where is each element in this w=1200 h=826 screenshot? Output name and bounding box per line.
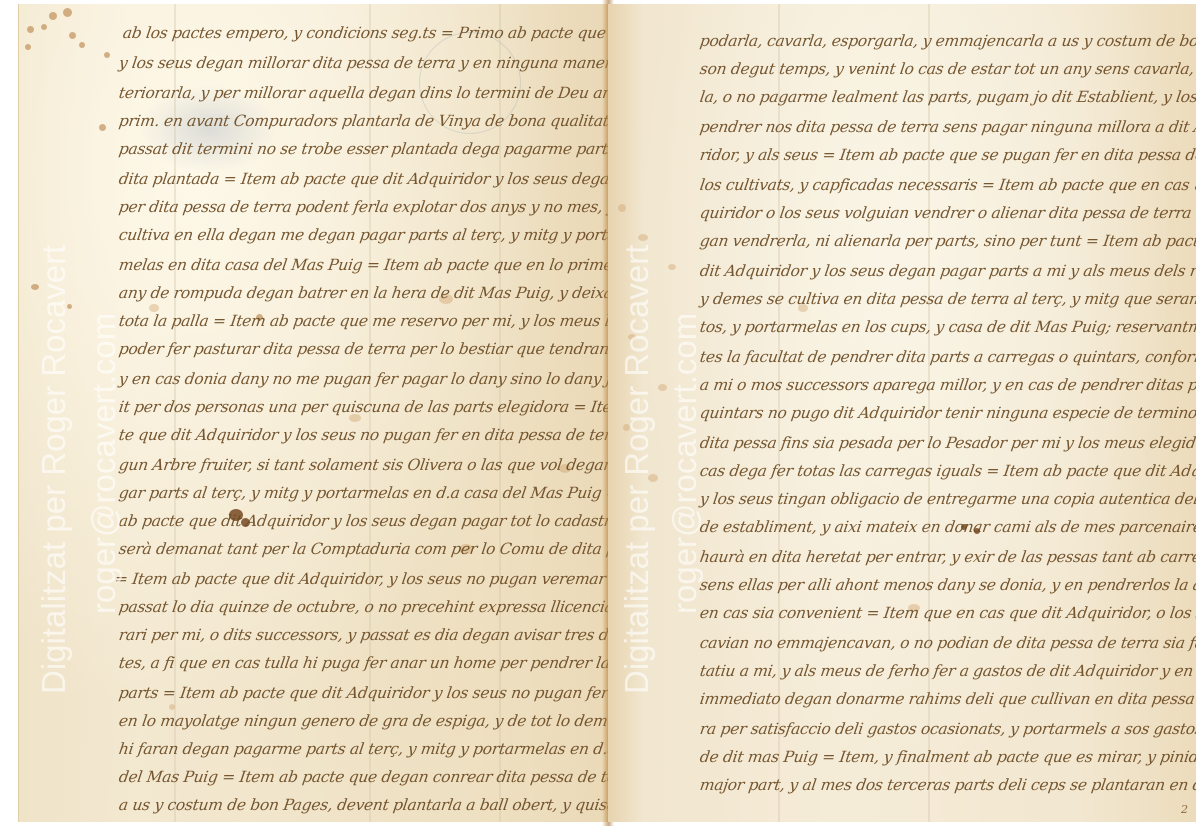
manuscript-line: dit Adquiridor y los seus degan pagar pa… bbox=[699, 262, 1196, 280]
manuscript-line: prim. en avant Compuradors plantarla de … bbox=[118, 112, 609, 130]
manuscript-line: hi faran degan pagarme parts al terç, y … bbox=[118, 740, 609, 758]
manuscript-line: pendrer nos dita pessa de terra sens pag… bbox=[699, 118, 1196, 136]
manuscript-line: gan vendrerla, ni alienarla per parts, s… bbox=[699, 232, 1196, 250]
manuscript-line: en cas sia convenient = Item que en cas … bbox=[699, 604, 1196, 622]
manuscript-line: y demes se cultiva en dita pessa de terr… bbox=[699, 290, 1196, 308]
manuscript-line: a mi o mos successors aparega millor, y … bbox=[699, 376, 1196, 394]
manuscript-line: ridor, y als seus = Item ab pacte que se… bbox=[699, 146, 1196, 164]
manuscript-line: los cultivats, y capficadas necessaris =… bbox=[699, 176, 1196, 194]
manuscript-line: dita plantada = Item ab pacte que dit Ad… bbox=[118, 170, 609, 188]
manuscript-line: tatiu a mi, y als meus de ferho fer a ga… bbox=[699, 662, 1196, 680]
manuscript-line: passat lo dia quinze de octubre, o no pr… bbox=[118, 598, 609, 616]
manuscript-line: del Mas Puig = Item ab pacte que degan c… bbox=[118, 768, 609, 786]
manuscript-line: per dita pessa de terra podent ferla exp… bbox=[118, 198, 609, 216]
manuscript-line: immediato degan donarme rahims deli que … bbox=[699, 690, 1196, 708]
manuscript-line: y los seus degan millorar dita pessa de … bbox=[118, 54, 609, 72]
manuscript-line: melas en dita casa del Mas Puig = Item a… bbox=[118, 256, 609, 274]
manuscript-line: gun Arbre fruiter, si tant solament sis … bbox=[118, 456, 609, 474]
manuscript-line: serà demanat tant per la Comptaduria com… bbox=[118, 540, 609, 558]
manuscript-line: ab los pactes empero, y condicions seg.t… bbox=[122, 24, 609, 42]
manuscript-line: = Item ab pacte que dit Adquiridor, y lo… bbox=[114, 570, 609, 588]
manuscript-line: parts = Item ab pacte que dit Adquiridor… bbox=[118, 684, 609, 702]
manuscript-line: son degut temps, y venint lo cas de esta… bbox=[699, 60, 1196, 78]
manuscript-line: cultiva en ella degan me degan pagar par… bbox=[118, 226, 609, 244]
manuscript-line: any de rompuda degan batrer en la hera d… bbox=[118, 284, 609, 302]
watermark-email: roger@rocavert.com bbox=[85, 313, 123, 614]
manuscript-line: dita pessa fins sia pesada per lo Pesado… bbox=[699, 434, 1196, 452]
foxing-spot bbox=[69, 32, 76, 39]
right-page: podarla, cavarla, esporgarla, y emmajenc… bbox=[608, 4, 1196, 822]
manuscript-line: cavian no emmajencavan, o no podian de d… bbox=[699, 634, 1196, 652]
foxing-spot bbox=[618, 204, 626, 212]
manuscript-line: tes, a fi que en cas tulla hi puga fer a… bbox=[118, 654, 609, 672]
foxing-spot bbox=[41, 24, 47, 30]
manuscript-line: de establiment, y aixi mateix en donar c… bbox=[699, 518, 1196, 536]
manuscript-line: sens ellas per alli ahont menos dany se … bbox=[699, 576, 1196, 594]
manuscript-spread: ab los pactes empero, y condicions seg.t… bbox=[0, 0, 1200, 826]
manuscript-line: major part, y al mes dos terceras parts … bbox=[699, 776, 1196, 794]
manuscript-line: podarla, cavarla, esporgarla, y emmajenc… bbox=[699, 32, 1196, 50]
manuscript-line: ra per satisfaccio deli gastos ocasionat… bbox=[699, 720, 1196, 738]
foxing-spot bbox=[668, 264, 676, 270]
foxing-spot bbox=[169, 704, 175, 710]
manuscript-line: cas dega fer totas las carregas iguals =… bbox=[699, 462, 1196, 480]
manuscript-line: haurà en dita heretat per entrar, y exir… bbox=[699, 548, 1196, 566]
watermark-credit: Digitalitzat per Roger Rocavert bbox=[35, 245, 73, 694]
manuscript-line: a us y costum de bon Pages, devent plant… bbox=[118, 796, 609, 814]
manuscript-line: poder fer pasturar dita pessa de terra p… bbox=[118, 340, 609, 358]
foxing-spot bbox=[63, 8, 72, 17]
foxing-spot bbox=[638, 234, 648, 241]
foxing-spot bbox=[99, 124, 106, 131]
left-page: ab los pactes empero, y condicions seg.t… bbox=[18, 4, 609, 822]
foxing-spot bbox=[49, 12, 57, 20]
manuscript-line: de dit mas Puig = Item, y finalment ab p… bbox=[699, 748, 1196, 766]
manuscript-line: y en cas donia dany no me pugan fer paga… bbox=[118, 370, 609, 388]
manuscript-line: la, o no pagarme lealment las parts, pug… bbox=[699, 88, 1196, 106]
margin-mark: 2 bbox=[1181, 803, 1188, 816]
manuscript-line: tos, y portarmelas en los cups, y casa d… bbox=[699, 318, 1196, 336]
manuscript-line: gar parts al terç, y mitg y portarmelas … bbox=[118, 484, 609, 502]
foxing-spot bbox=[25, 44, 31, 50]
foxing-spot bbox=[104, 52, 110, 58]
manuscript-line: it per dos personas una per quiscuna de … bbox=[118, 398, 609, 416]
foxing-spot bbox=[27, 26, 34, 33]
manuscript-line: y los seus tingan obligacio de entregarm… bbox=[699, 490, 1196, 508]
foxing-spot bbox=[79, 42, 85, 48]
manuscript-line: quintars no pugo dit Adquiridor tenir ni… bbox=[699, 404, 1196, 422]
manuscript-line: ab pacte que dit Adquiridor y los seus d… bbox=[118, 512, 609, 530]
watermark-credit: Digitalitzat per Roger Rocavert bbox=[618, 245, 656, 694]
foxing-spot bbox=[149, 304, 159, 312]
manuscript-line: en lo mayolatge ningun genero de gra de … bbox=[118, 712, 609, 730]
manuscript-line: quiridor o los seus volguian vendrer o a… bbox=[699, 204, 1196, 222]
manuscript-line: te que dit Adquiridor y los seus no puga… bbox=[118, 426, 609, 444]
watermark-email: roger@rocavert.com bbox=[666, 313, 704, 614]
manuscript-line: teriorarla, y per millorar aquella degan… bbox=[118, 84, 609, 102]
manuscript-line: tes la facultat de pendrer dita parts a … bbox=[699, 348, 1196, 366]
manuscript-line: tota la palla = Item ab pacte que me res… bbox=[118, 312, 609, 330]
manuscript-line: passat dit termini no se trobe esser pla… bbox=[118, 140, 609, 158]
manuscript-line: rari per mi, o dits successors, y passat… bbox=[118, 626, 609, 644]
